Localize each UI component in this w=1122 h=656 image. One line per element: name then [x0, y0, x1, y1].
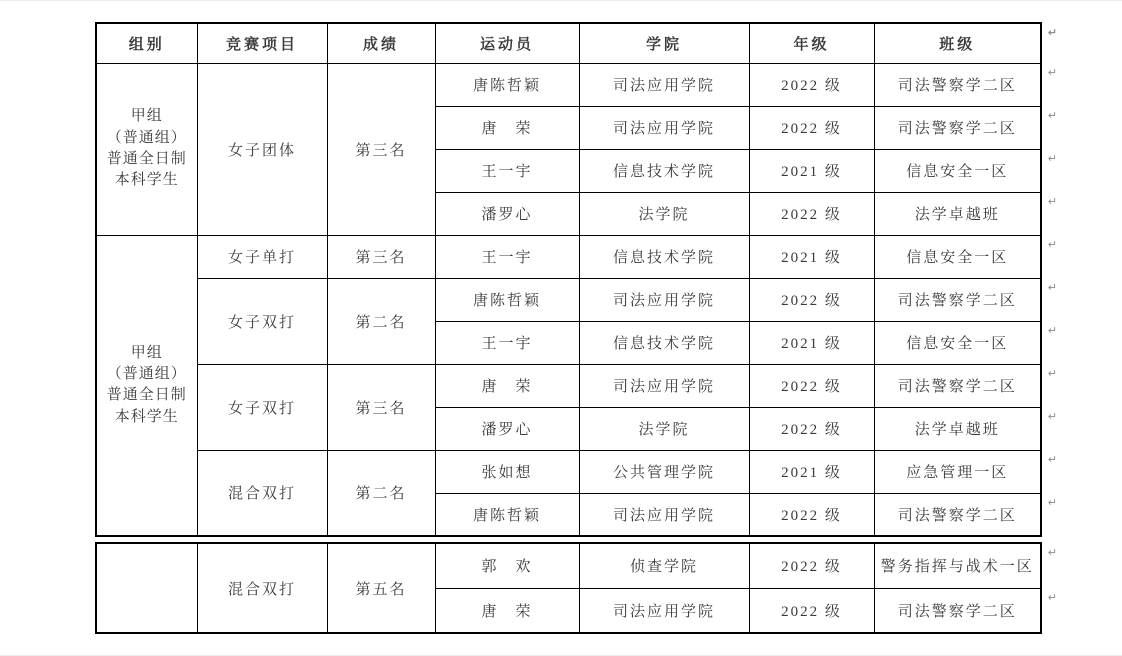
class-cell: 信息安全一区 ↵ — [874, 235, 1041, 278]
college-cell: 公共管理学院 — [579, 450, 749, 493]
class-cell: 应急管理一区 ↵ — [874, 450, 1041, 493]
line-break-icon: ↵ — [1048, 239, 1057, 250]
grade-cell: 2022 级 — [749, 192, 874, 235]
page-top-edge — [0, 0, 1122, 1]
athlete-name-cell: 潘罗心 — [435, 407, 579, 450]
col-header-athlete: 运动员 — [435, 23, 579, 63]
athlete-name-cell: 唐 荣 — [435, 364, 579, 407]
class-label: 司法警察学二区 — [898, 78, 1017, 94]
college-cell: 法学院 — [579, 192, 749, 235]
group-cell-empty — [96, 543, 197, 633]
line-break-icon: ↵ — [1048, 67, 1057, 78]
athlete-name-cell: 唐陈哲颖 — [435, 493, 579, 536]
athlete-name-cell: 郭 欢 — [435, 543, 579, 588]
table-row: 女子双打 第三名 唐 荣 司法应用学院 2022 级 司法警察学二区 ↵ — [96, 364, 1041, 407]
college-cell: 司法应用学院 — [579, 63, 749, 106]
grade-cell: 2021 级 — [749, 321, 874, 364]
class-cell: 司法警察学二区 ↵ — [874, 63, 1041, 106]
college-cell: 司法应用学院 — [579, 106, 749, 149]
athlete-name-cell: 唐陈哲颖 — [435, 278, 579, 321]
group-cell: 甲组 （普通组） 普通全日制 本科学生 — [96, 235, 197, 536]
table-row: 甲组 （普通组） 普通全日制 本科学生 女子单打 第三名 王一宇 信息技术学院 … — [96, 235, 1041, 278]
result-cell: 第三名 — [327, 63, 435, 235]
class-cell: 司法警察学二区 ↵ — [874, 364, 1041, 407]
competition-results-table-continued: 混合双打 第五名 郭 欢 侦查学院 2022 级 警务指挥与战术一区 ↵ 唐 荣… — [95, 542, 1042, 634]
class-label: 法学卓越班 — [915, 207, 1000, 223]
event-cell: 女子单打 — [197, 235, 327, 278]
line-break-icon: ↵ — [1048, 196, 1057, 207]
line-break-icon: ↵ — [1048, 592, 1057, 603]
athlete-name-cell: 王一宇 — [435, 235, 579, 278]
col-header-event: 竞赛项目 — [197, 23, 327, 63]
class-label: 司法警察学二区 — [898, 604, 1017, 620]
col-header-result: 成绩 — [327, 23, 435, 63]
athlete-name-cell: 唐陈哲颖 — [435, 63, 579, 106]
class-cell: 司法警察学二区 ↵ — [874, 493, 1041, 536]
event-cell: 女子团体 — [197, 63, 327, 235]
athlete-name-cell: 潘罗心 — [435, 192, 579, 235]
line-break-icon: ↵ — [1048, 325, 1057, 336]
line-break-icon: ↵ — [1048, 547, 1057, 558]
class-label: 警务指挥与战术一区 — [881, 559, 1034, 575]
athlete-name-cell: 王一宇 — [435, 149, 579, 192]
college-cell: 信息技术学院 — [579, 149, 749, 192]
col-header-college: 学院 — [579, 23, 749, 63]
event-cell: 混合双打 — [197, 543, 327, 633]
college-cell: 司法应用学院 — [579, 278, 749, 321]
event-cell: 混合双打 — [197, 450, 327, 536]
class-cell: 司法警察学二区 ↵ — [874, 106, 1041, 149]
line-break-icon: ↵ — [1048, 411, 1057, 422]
group-cell: 甲组 （普通组） 普通全日制 本科学生 — [96, 63, 197, 235]
college-cell: 司法应用学院 — [579, 364, 749, 407]
college-cell: 信息技术学院 — [579, 321, 749, 364]
line-break-icon: ↵ — [1048, 454, 1057, 465]
event-cell: 女子双打 — [197, 364, 327, 450]
class-cell: 信息安全一区 ↵ — [874, 149, 1041, 192]
athlete-name-cell: 王一宇 — [435, 321, 579, 364]
athlete-name-cell: 张如想 — [435, 450, 579, 493]
line-break-icon: ↵ — [1048, 110, 1057, 121]
result-cell: 第三名 — [327, 235, 435, 278]
college-cell: 信息技术学院 — [579, 235, 749, 278]
table-row: 甲组 （普通组） 普通全日制 本科学生 女子团体 第三名 唐陈哲颖 司法应用学院… — [96, 63, 1041, 106]
grade-cell: 2021 级 — [749, 235, 874, 278]
class-label: 法学卓越班 — [915, 422, 1000, 438]
class-label: 信息安全一区 — [906, 164, 1008, 180]
line-break-icon: ↵ — [1048, 497, 1057, 508]
class-label: 司法警察学二区 — [898, 293, 1017, 309]
grade-cell: 2022 级 — [749, 364, 874, 407]
grade-cell: 2022 级 — [749, 106, 874, 149]
competition-results-table: 组别 竞赛项目 成绩 运动员 学院 年级 班级 ↵ 甲组 （普通组） 普通全日制… — [95, 22, 1042, 537]
grade-cell: 2022 级 — [749, 407, 874, 450]
class-label: 信息安全一区 — [906, 336, 1008, 352]
table-row: 女子双打 第二名 唐陈哲颖 司法应用学院 2022 级 司法警察学二区 ↵ — [96, 278, 1041, 321]
class-label: 司法警察学二区 — [898, 379, 1017, 395]
header-row: 组别 竞赛项目 成绩 运动员 学院 年级 班级 ↵ — [96, 23, 1041, 63]
line-break-icon: ↵ — [1048, 153, 1057, 164]
college-cell: 侦查学院 — [579, 543, 749, 588]
class-label: 司法警察学二区 — [898, 121, 1017, 137]
college-cell: 司法应用学院 — [579, 588, 749, 633]
grade-cell: 2022 级 — [749, 588, 874, 633]
result-cell: 第三名 — [327, 364, 435, 450]
result-cell: 第五名 — [327, 543, 435, 633]
athlete-name-cell: 唐 荣 — [435, 106, 579, 149]
class-label: 司法警察学二区 — [898, 508, 1017, 524]
col-header-grade: 年级 — [749, 23, 874, 63]
grade-cell: 2022 级 — [749, 63, 874, 106]
college-cell: 司法应用学院 — [579, 493, 749, 536]
col-header-class: 班级 ↵ — [874, 23, 1041, 63]
col-header-group: 组别 — [96, 23, 197, 63]
class-label: 信息安全一区 — [906, 250, 1008, 266]
table-row: 混合双打 第五名 郭 欢 侦查学院 2022 级 警务指挥与战术一区 ↵ — [96, 543, 1041, 588]
athlete-name-cell: 唐 荣 — [435, 588, 579, 633]
class-cell: 警务指挥与战术一区 ↵ — [874, 543, 1041, 588]
class-cell: 法学卓越班 ↵ — [874, 407, 1041, 450]
line-break-icon: ↵ — [1048, 27, 1057, 38]
grade-cell: 2022 级 — [749, 493, 874, 536]
line-break-icon: ↵ — [1048, 368, 1057, 379]
grade-cell: 2021 级 — [749, 450, 874, 493]
class-cell: 司法警察学二区 ↵ — [874, 278, 1041, 321]
grade-cell: 2022 级 — [749, 278, 874, 321]
col-header-class-label: 班级 — [939, 37, 975, 53]
event-cell: 女子双打 — [197, 278, 327, 364]
class-cell: 法学卓越班 ↵ — [874, 192, 1041, 235]
college-cell: 法学院 — [579, 407, 749, 450]
result-cell: 第二名 — [327, 450, 435, 536]
result-cell: 第二名 — [327, 278, 435, 364]
grade-cell: 2021 级 — [749, 149, 874, 192]
document-page: 组别 竞赛项目 成绩 运动员 学院 年级 班级 ↵ 甲组 （普通组） 普通全日制… — [95, 22, 1040, 634]
class-cell: 司法警察学二区 ↵ — [874, 588, 1041, 633]
class-label: 应急管理一区 — [906, 465, 1008, 481]
table-row: 混合双打 第二名 张如想 公共管理学院 2021 级 应急管理一区 ↵ — [96, 450, 1041, 493]
grade-cell: 2022 级 — [749, 543, 874, 588]
line-break-icon: ↵ — [1048, 282, 1057, 293]
class-cell: 信息安全一区 ↵ — [874, 321, 1041, 364]
